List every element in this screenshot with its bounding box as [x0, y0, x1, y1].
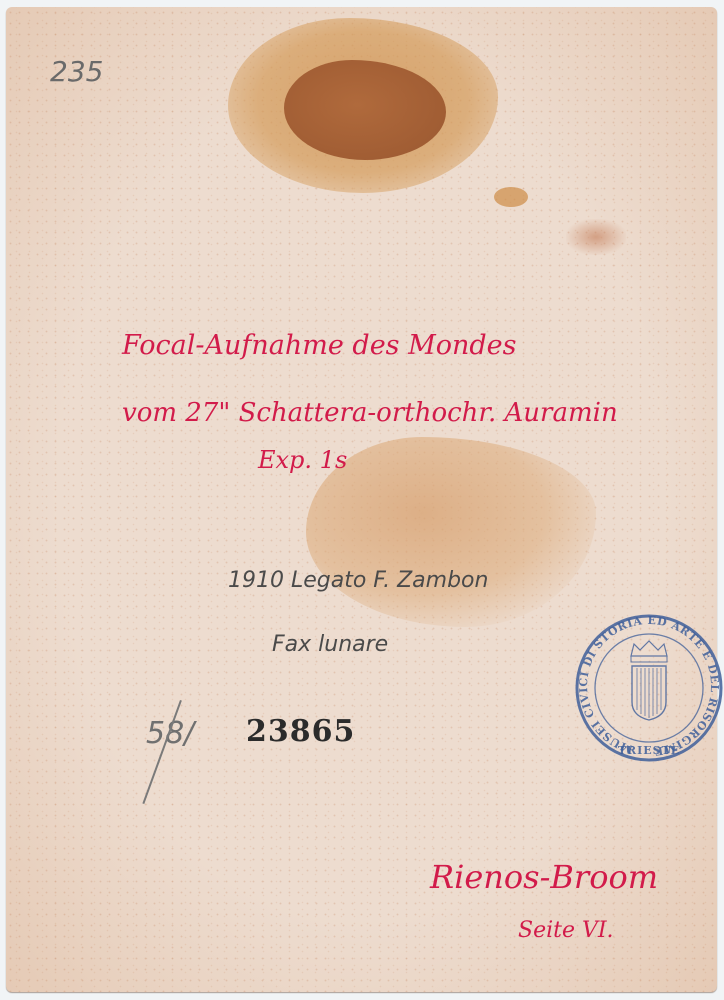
museum-stamp: MUSEI CIVICI DI STORIA ED ARTE E DEL RIS… [574, 604, 724, 772]
pencil-note-1: 1910 Legato F. Zambon [228, 568, 488, 593]
inscription-line-1: Focal-Aufnahme des Mondes [122, 330, 517, 361]
signature-subline: Seite VI. [518, 918, 614, 943]
inscription-line-2: vom 27" Schattera-orthochr. Auramin [122, 398, 618, 428]
pencil-number: 58/ [146, 716, 194, 751]
inscription-line-3: Exp. 1s [258, 446, 347, 474]
stamped-inventory-number: 23865 [246, 714, 355, 749]
paper-texture [6, 7, 717, 992]
pencil-note-2: Fax lunare [272, 632, 388, 657]
signature: Rienos-Broom [430, 858, 658, 896]
crowned-shield-icon [631, 641, 667, 720]
inventory-pencil-number: 235 [50, 55, 103, 88]
stamp-city-text: TRIESTE [618, 744, 680, 757]
archival-card [6, 7, 717, 992]
